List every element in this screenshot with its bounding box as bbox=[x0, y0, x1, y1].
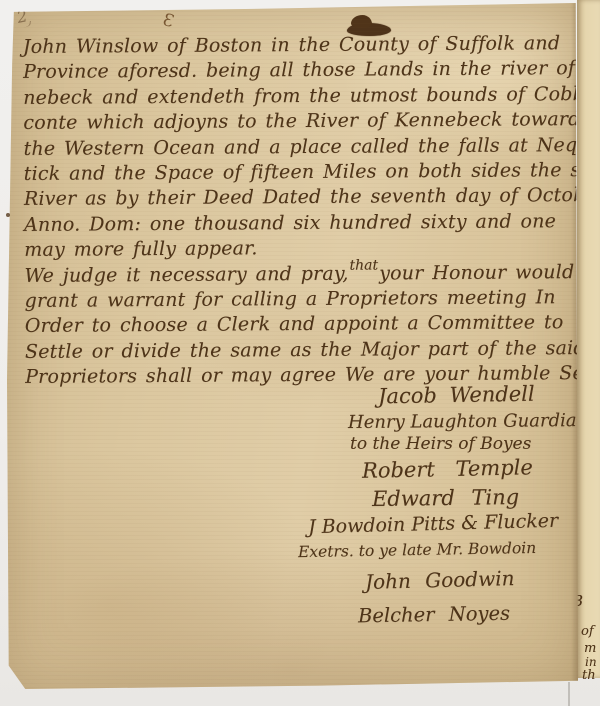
body-line: the Western Ocean and a place called the… bbox=[23, 133, 575, 162]
body-line: Province aforesd. being all those Lands … bbox=[23, 56, 575, 85]
signature-annotation: Exetrs. to ye late Mr. Bowdoin bbox=[298, 539, 536, 561]
signature: Jacob Wendell bbox=[378, 382, 535, 409]
body-line: conte which adjoyns to the River of Kenn… bbox=[23, 107, 575, 136]
adjacent-page-fragment: m bbox=[584, 641, 596, 656]
signature: Robert Temple bbox=[362, 455, 533, 483]
signature: J Bowdoin Pitts & Flucker bbox=[308, 510, 559, 539]
body-line: grant a warrant for calling a Proprietor… bbox=[25, 285, 577, 314]
inserted-word: that bbox=[349, 253, 378, 279]
body-line: Order to choose a Clerk and appoint a Co… bbox=[25, 310, 577, 339]
signature: Belcher Noyes bbox=[358, 602, 510, 628]
signature-annotation: to the Heirs of Boyes bbox=[350, 434, 531, 454]
petition-body-text: John Winslow of Boston in the County of … bbox=[23, 31, 577, 390]
body-line: may more fully appear. bbox=[24, 234, 576, 263]
body-line: tick and the Space of fifteen Miles on b… bbox=[24, 158, 576, 187]
adjacent-page-fragment: in bbox=[585, 655, 597, 669]
body-line: River as by their Deed Dated the seventh… bbox=[24, 183, 576, 212]
signature: Henry Laughton Guardian bbox=[348, 410, 588, 433]
body-line-with-insertion: We judge it necessary and pray,thatyour … bbox=[24, 260, 576, 289]
body-line-pre: We judge it necessary and pray, bbox=[24, 262, 348, 286]
scanned-manuscript: B of m in th 2 Ɛ John Winslow of Boston … bbox=[0, 0, 600, 706]
body-line: nebeck and extendeth from the utmost bou… bbox=[23, 82, 575, 111]
adjacent-page bbox=[577, 0, 600, 678]
body-line: John Winslow of Boston in the County of … bbox=[23, 31, 575, 60]
adjacent-page-fragment: th bbox=[582, 668, 596, 683]
adjacent-page-fragment: of bbox=[581, 624, 594, 639]
body-line-post: your Honour would bbox=[379, 261, 574, 284]
sheet-edge-line bbox=[568, 682, 570, 706]
ink-squiggle-mark: Ɛ bbox=[161, 10, 176, 32]
signature: Edward Ting bbox=[372, 485, 519, 511]
margin-ink-dot bbox=[6, 213, 10, 217]
body-line: Anno. Dom: one thousand six hundred sixt… bbox=[24, 209, 576, 238]
signature: John Goodwin bbox=[365, 566, 515, 594]
body-line: Settle or divide the same as the Major p… bbox=[25, 336, 577, 365]
page-number-pencil-mark: 2 bbox=[15, 6, 29, 27]
manuscript-page: 2 Ɛ John Winslow of Boston in the County… bbox=[7, 3, 578, 689]
